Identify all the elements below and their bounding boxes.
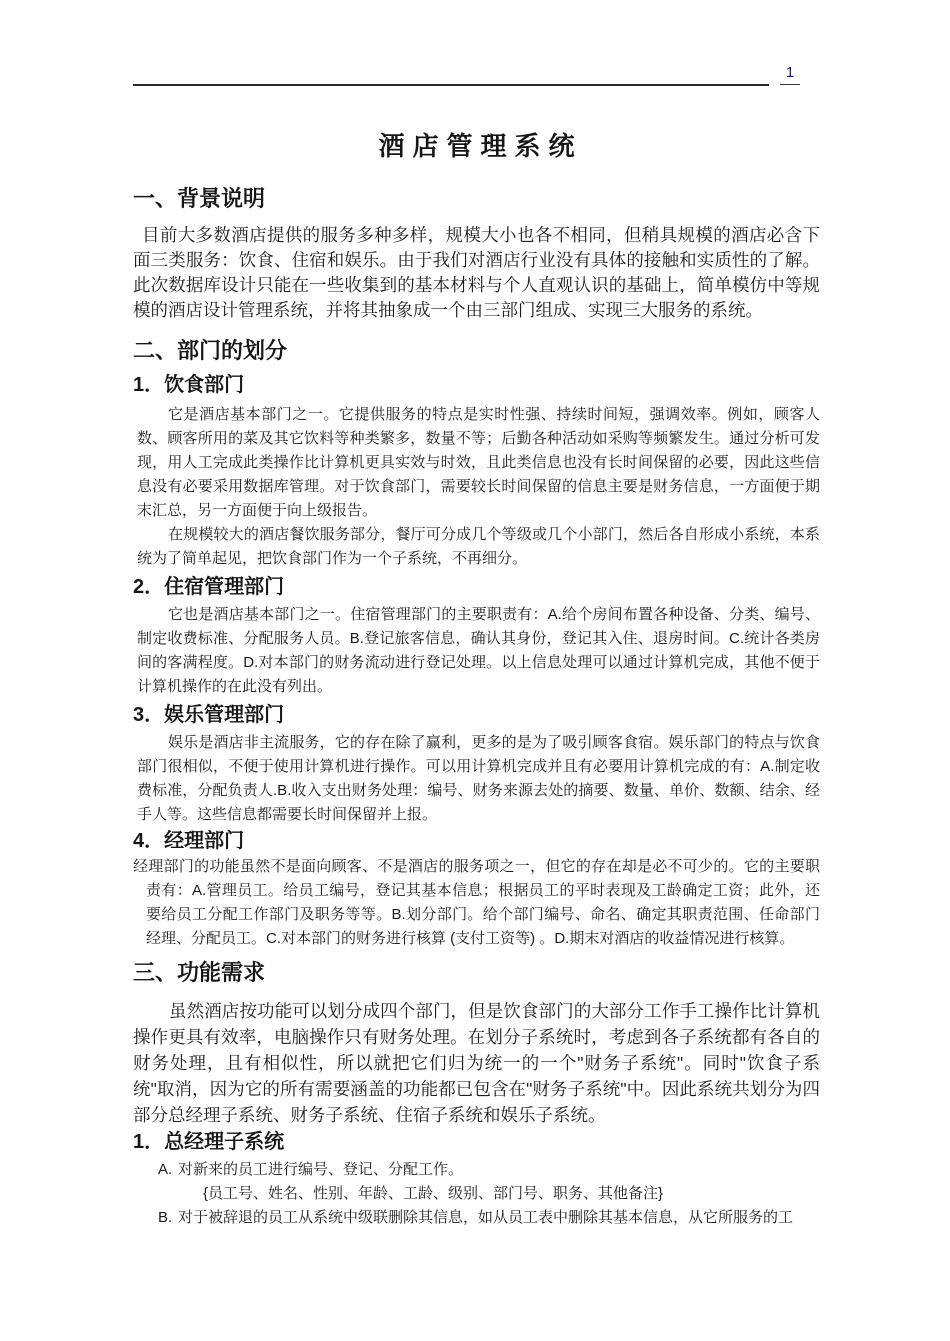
background-paragraph: 目前大多数酒店提供的服务多种多样，规模大小也各不相同，但稍具规模的酒店必含下面三… [133,223,820,323]
list-item-a: A. 对新来的员工进行编号、登记、分配工作。 [158,1158,820,1182]
subsection-heading-general-manager-subsystem: 1．总经理子系统 [133,1130,820,1154]
section-heading-background: 一、背景说明 [133,185,820,212]
subsection-heading-manager: 4．经理部门 [133,829,820,853]
lodging-paragraph: 它也是酒店基本部门之一。住宿管理部门的主要职责有：A.给个房间布置各种设备、分类… [137,603,820,699]
list-item-b-marker: B. [158,1206,178,1230]
list-item-b: B. 对于被辞退的员工从系统中级联删除其信息，如从员工表中删除其基本信息，从它所… [158,1206,820,1230]
manager-paragraph: 经理部门的功能虽然不是面向顾客、不是酒店的服务项之一，但它的存在却是必不可少的。… [133,855,820,951]
document-title: 酒店管理系统 [133,129,820,164]
list-item-b-text: 对于被辞退的员工从系统中级联删除其信息，如从员工表中删除其基本信息，从它所服务的… [178,1206,820,1230]
subsection-heading-dining: 1．饮食部门 [133,373,820,397]
list-item-a-marker: A. [158,1158,178,1182]
subsection-heading-lodging: 2．住宿管理部门 [133,575,820,599]
list-item-a-text: 对新来的员工进行编号、登记、分配工作。 [178,1158,820,1182]
general-manager-task-list: A. 对新来的员工进行编号、登记、分配工作。 {员工号、姓名、性别、年龄、工龄、… [158,1158,820,1230]
dining-paragraph-1: 它是酒店基本部门之一。它提供服务的特点是实时性强、持续时间短，强调效率。例如，顾… [137,403,820,523]
entertainment-paragraph: 娱乐是酒店非主流服务，它的存在除了赢利，更多的是为了吸引顾客食宿。娱乐部门的特点… [137,731,820,827]
document-content: 酒店管理系统 一、背景说明 目前大多数酒店提供的服务多种多样，规模大小也各不相同… [133,0,820,1230]
section-heading-functional-requirements: 三、功能需求 [133,959,820,986]
list-item-a-detail: {员工号、姓名、性别、年龄、工龄、级别、部门号、职务、其他备注} [203,1182,820,1206]
subsection-heading-entertainment: 3．娱乐管理部门 [133,703,820,727]
dining-paragraph-2: 在规模较大的酒店餐饮服务部分，餐厅可分成几个等级或几个小部门，然后各自形成小系统… [137,523,820,571]
section-heading-departments: 二、部门的划分 [133,337,820,364]
document-page: 1 酒店管理系统 一、背景说明 目前大多数酒店提供的服务多种多样，规模大小也各不… [0,0,950,1341]
functional-requirements-paragraph: 虽然酒店按功能可以划分成四个部门，但是饮食部门的大部分工作手工操作比计算机操作更… [133,998,820,1128]
